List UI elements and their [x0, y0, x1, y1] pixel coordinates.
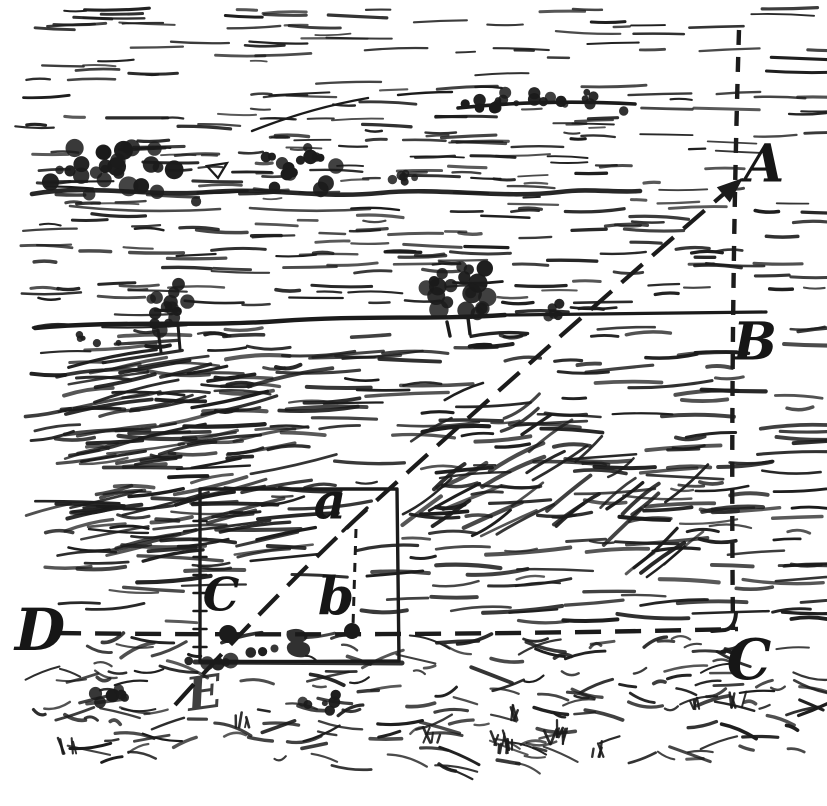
- upper-treeline-silhouette: [32, 190, 640, 211]
- middle-field-hatching: [21, 207, 827, 316]
- horizon-silhouette: [35, 315, 505, 347]
- engraving-canvas: [0, 0, 827, 806]
- engraving-figure: ABCDaCbE: [0, 0, 827, 806]
- sky-hatching: [24, 8, 827, 118]
- grass-hatching: [26, 633, 827, 779]
- point-dot-left: [219, 625, 237, 643]
- foreground-hatching: [31, 324, 827, 623]
- point-dot-right: [344, 623, 360, 639]
- plotted-points: [219, 623, 360, 657]
